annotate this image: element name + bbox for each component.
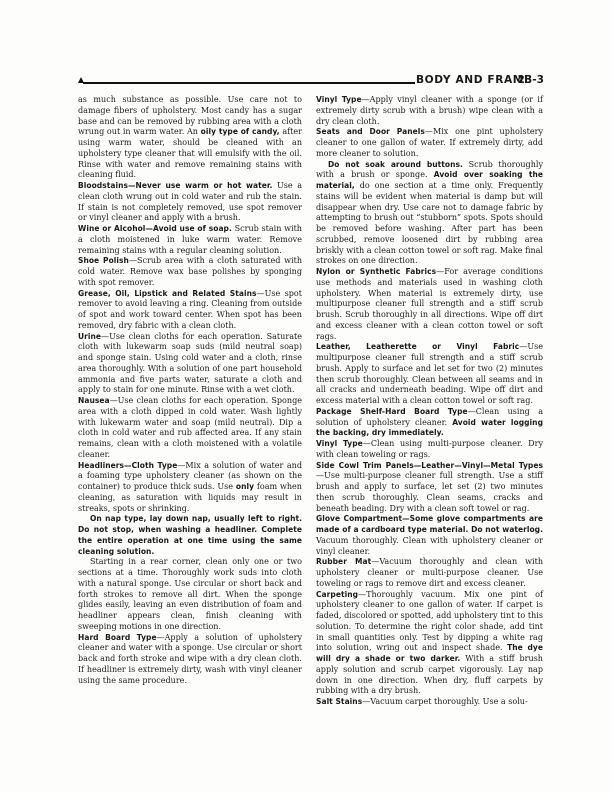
paragraph: Glove Compartment—Some glove compartment… — [316, 514, 543, 557]
bold-heading: Wine or Alcohol—Avoid use of soap. — [78, 224, 232, 233]
bold-heading: Headliners—Cloth Type — [78, 461, 177, 470]
body-text: —Vacuum carpet thoroughly. Use a solu- — [362, 697, 528, 706]
bold-heading: Nausea — [78, 396, 110, 405]
body-text: —Use multipurpose cleaner full strength … — [316, 342, 543, 405]
paragraph: Starting in a rear corner, clean only on… — [78, 557, 302, 632]
paragraph: Do not soak around buttons. Scrub thorou… — [316, 160, 543, 268]
bold-heading: Vinyl Type — [316, 95, 362, 104]
paragraph: as much substance as possible. Use care … — [78, 95, 302, 181]
bold-heading: Nylon or Synthetic Fabrics — [316, 267, 436, 276]
bold-heading: Bloodstains—Never use warm or hot water. — [78, 181, 272, 190]
body-text: —Use multi-purpose cleaner full strength… — [316, 471, 543, 512]
bold-heading: Urine — [78, 332, 101, 341]
left-column: as much substance as possible. Use care … — [78, 95, 302, 686]
paragraph: Side Cowl Trim Panels—Leather—Vinyl—Meta… — [316, 461, 543, 515]
paragraph: Rubber Mat—Vacuum thoroughly and clean w… — [316, 557, 543, 589]
body-text: Vacuum thoroughly. Clean with upholstery… — [316, 536, 543, 556]
paragraph: Shoe Polish—Scrub area with a cloth satu… — [78, 256, 302, 288]
right-column: Vinyl Type—Apply vinyl cleaner with a sp… — [316, 95, 543, 708]
page-header: BODY AND FRAME 23-3 — [78, 74, 544, 90]
bold-heading: Do not soak around buttons. — [328, 160, 463, 169]
bold-heading: Glove Compartment—Some glove compartment… — [316, 514, 543, 534]
paragraph: Nylon or Synthetic Fabrics—For average c… — [316, 267, 543, 342]
paragraph: Bloodstains—Never use warm or hot water.… — [78, 181, 302, 224]
paragraph: Hard Board Type—Apply a solution of upho… — [78, 633, 302, 687]
paragraph: Wine or Alcohol—Avoid use of soap. Scrub… — [78, 224, 302, 256]
body-text: —For average conditions use methods and … — [316, 267, 543, 341]
paragraph: Vinyl Type—Clean using multi-purpose cle… — [316, 439, 543, 461]
body-text: Starting in a rear corner, clean only on… — [78, 557, 302, 631]
paragraph: Urine—Use clean cloths for each operatio… — [78, 332, 302, 397]
bold-heading: Grease, Oil, Lipstick and Related Stains — [78, 289, 257, 298]
bold-heading: On nap type, lay down nap, usually left … — [78, 514, 302, 555]
bold-heading: Shoe Polish — [78, 256, 129, 265]
bold-heading: Side Cowl Trim Panels—Leather—Vinyl—Meta… — [316, 461, 543, 470]
bold-heading: Package Shelf-Hard Board Type — [316, 407, 468, 416]
body-text: —Use clean cloths for each operation. Sa… — [78, 332, 302, 395]
bold-heading: Rubber Mat — [316, 557, 371, 566]
header-rule — [83, 82, 415, 84]
bold-heading: Leather, Leatherette or Vinyl Fabric — [316, 342, 519, 351]
paragraph: On nap type, lay down nap, usually left … — [78, 514, 302, 557]
bold-heading: Seats and Door Panels — [316, 127, 425, 136]
paragraph: Nausea—Use clean cloths for each operati… — [78, 396, 302, 461]
paragraph: Salt Stains—Vacuum carpet thoroughly. Us… — [316, 697, 543, 708]
paragraph: Carpeting—Thoroughly vacuum. Mix one pin… — [316, 590, 543, 698]
paragraph: Package Shelf-Hard Board Type—Clean usin… — [316, 407, 543, 439]
body-text: do one section at a time only. Frequentl… — [316, 181, 543, 265]
bold-heading: Hard Board Type — [78, 633, 157, 642]
bold-heading: oily type of candy, — [201, 127, 280, 136]
page-number: 23-3 — [517, 74, 544, 86]
bold-heading: Salt Stains — [316, 697, 362, 706]
bold-heading: Carpeting — [316, 590, 358, 599]
bold-heading: Vinyl Type — [316, 439, 363, 448]
bold-heading: only — [236, 482, 254, 491]
paragraph: Grease, Oil, Lipstick and Related Stains… — [78, 289, 302, 332]
body-text: —Use clean cloths for each operation. Sp… — [78, 396, 302, 459]
paragraph: Seats and Door Panels—Mix one pint uphol… — [316, 127, 543, 159]
paragraph: Leather, Leatherette or Vinyl Fabric—Use… — [316, 342, 543, 407]
paragraph: Headliners—Cloth Type—Mix a solution of … — [78, 461, 302, 515]
section-title: BODY AND FRAME — [416, 74, 532, 86]
paragraph: Vinyl Type—Apply vinyl cleaner with a sp… — [316, 95, 543, 127]
